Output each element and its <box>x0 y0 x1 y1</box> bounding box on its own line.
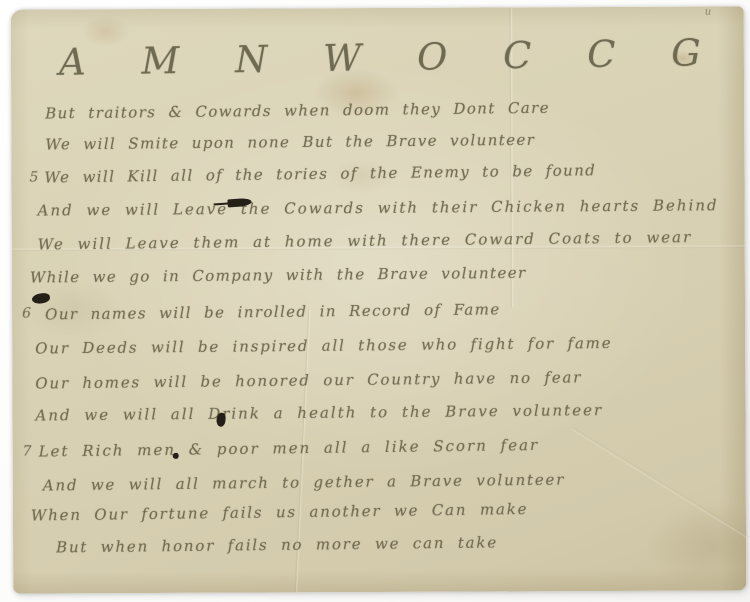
manuscript-paper: u A M N W O C C G I I S T F But traitors… <box>11 6 747 593</box>
ink-blot <box>173 453 179 459</box>
ink-blot <box>31 292 50 304</box>
manuscript-line: Let Rich men & poor men all a like Scorn… <box>39 436 540 461</box>
manuscript-line: But when honor fails no more we can take <box>56 533 498 556</box>
calligraphy-practice-line: A M N W O C C G I I S T F <box>59 25 750 84</box>
manuscript-line: Our names will be inrolled in Record of … <box>45 300 501 323</box>
manuscript-line: And we will all march to gether a Brave … <box>43 471 566 495</box>
corner-pen-mark: u <box>705 7 712 18</box>
manuscript-line: And we will all Drink a health to the Br… <box>35 401 603 424</box>
stanza-number: 6 <box>22 306 31 322</box>
stanza-number: 7 <box>23 444 32 460</box>
manuscript-line: We will Leave them at home with there Co… <box>38 228 693 253</box>
manuscript-line: When Our fortune fails us another we Can… <box>31 500 529 525</box>
manuscript-line: Our Deeds will be inspired all those who… <box>35 334 612 358</box>
paper-crease <box>572 427 750 566</box>
manuscript-line: But traitors & Cowards when doom they Do… <box>45 99 550 123</box>
manuscript-line: We will Smite upon none But the Brave vo… <box>45 131 535 154</box>
manuscript-line: We will Kill all of the tories of the En… <box>44 161 596 186</box>
manuscript-line: While we go in Company with the Brave vo… <box>30 264 527 287</box>
ink-blot <box>216 412 226 427</box>
manuscript-line: Our homes will be honored our Country ha… <box>35 368 582 392</box>
stanza-number: 5 <box>29 169 38 185</box>
manuscript-line: And we will Leave the Cowards with their… <box>38 196 719 219</box>
